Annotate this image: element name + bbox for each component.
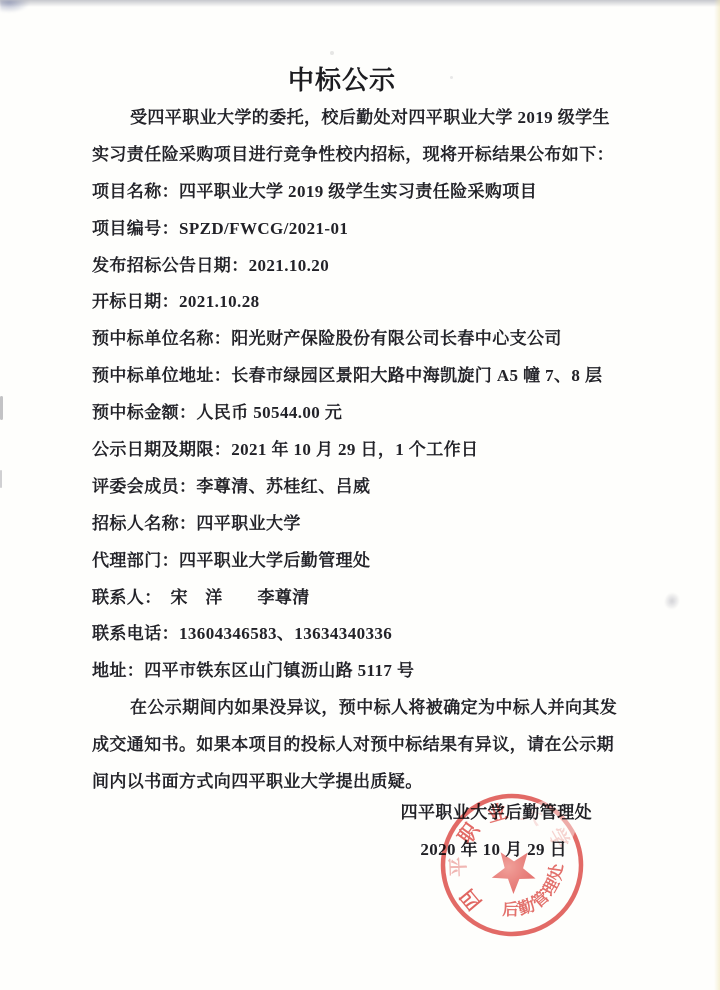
official-seal: 四 平 职 业 大 学 后勤管理处: [438, 791, 586, 939]
scan-smudge-artifact: [661, 590, 682, 612]
seal-ring-char: 平: [447, 856, 471, 877]
field-project-name: 项目名称：四平职业大学 2019 级学生实习责任险采购项目: [92, 174, 592, 211]
field-publicity-period: 公示日期及期限：2021 年 10 月 29 日，1 个工作日: [92, 432, 592, 469]
field-bid-opening-date: 开标日期：2021.10.28: [92, 284, 592, 321]
scan-left-edge-artifact: [0, 396, 3, 420]
document-body: 受四平职业大学的委托，校后勤处对四平职业大学 2019 级学生 实习责任险采购项…: [92, 100, 592, 801]
seal-star-icon: [483, 840, 543, 899]
field-committee-members: 评委会成员：李尊清、苏桂红、吕威: [92, 469, 592, 506]
field-tenderer-name: 招标人名称：四平职业大学: [92, 506, 592, 543]
field-address: 地址：四平市铁东区山门镇沥山路 5117 号: [92, 653, 592, 690]
seal-ring-char: 业: [484, 800, 510, 828]
field-announcement-date: 发布招标公告日期：2021.10.20: [92, 248, 592, 285]
field-winner-name: 预中标单位名称：阳光财产保险股份有限公司长春中心支公司: [92, 321, 592, 358]
scan-right-edge-artifact: [714, 0, 720, 990]
scanned-document-page: 中标公示 受四平职业大学的委托，校后勤处对四平职业大学 2019 级学生 实习责…: [0, 0, 720, 990]
field-project-number: 项目编号：SPZD/FWCG/2021-01: [92, 211, 592, 248]
document-title: 中标公示: [92, 60, 592, 97]
scan-top-edge-artifact: [0, 0, 720, 7]
closing-line-1: 在公示期间内如果没异议，预中标人将被确定为中标人并向其发: [92, 690, 592, 727]
closing-line-2: 成交通知书。如果本项目的投标人对预中标结果有异议，请在公示期: [92, 727, 592, 764]
intro-line-1: 受四平职业大学的委托，校后勤处对四平职业大学 2019 级学生: [92, 100, 592, 137]
scan-left-edge-artifact: [0, 470, 2, 488]
intro-line-2: 实习责任险采购项目进行竞争性校内招标，现将开标结果公布如下：: [92, 137, 592, 174]
field-award-amount: 预中标金额：人民币 50544.00 元: [92, 395, 592, 432]
field-contact-phone: 联系电话：13604346583、13634340336: [92, 616, 592, 653]
seal-bottom-text: 后勤管理处: [490, 852, 581, 932]
scan-speck-artifact: [330, 51, 334, 55]
field-winner-address: 预中标单位地址：长春市绿园区景阳大路中海凯旋门 A5 幢 7、8 层: [92, 358, 592, 395]
field-contact-person: 联系人： 宋 洋 李尊清: [92, 580, 592, 617]
field-agent-department: 代理部门：四平职业大学后勤管理处: [92, 543, 592, 580]
scan-corner-blot-artifact: [0, 0, 30, 13]
seal-ink-fade: [524, 800, 576, 850]
